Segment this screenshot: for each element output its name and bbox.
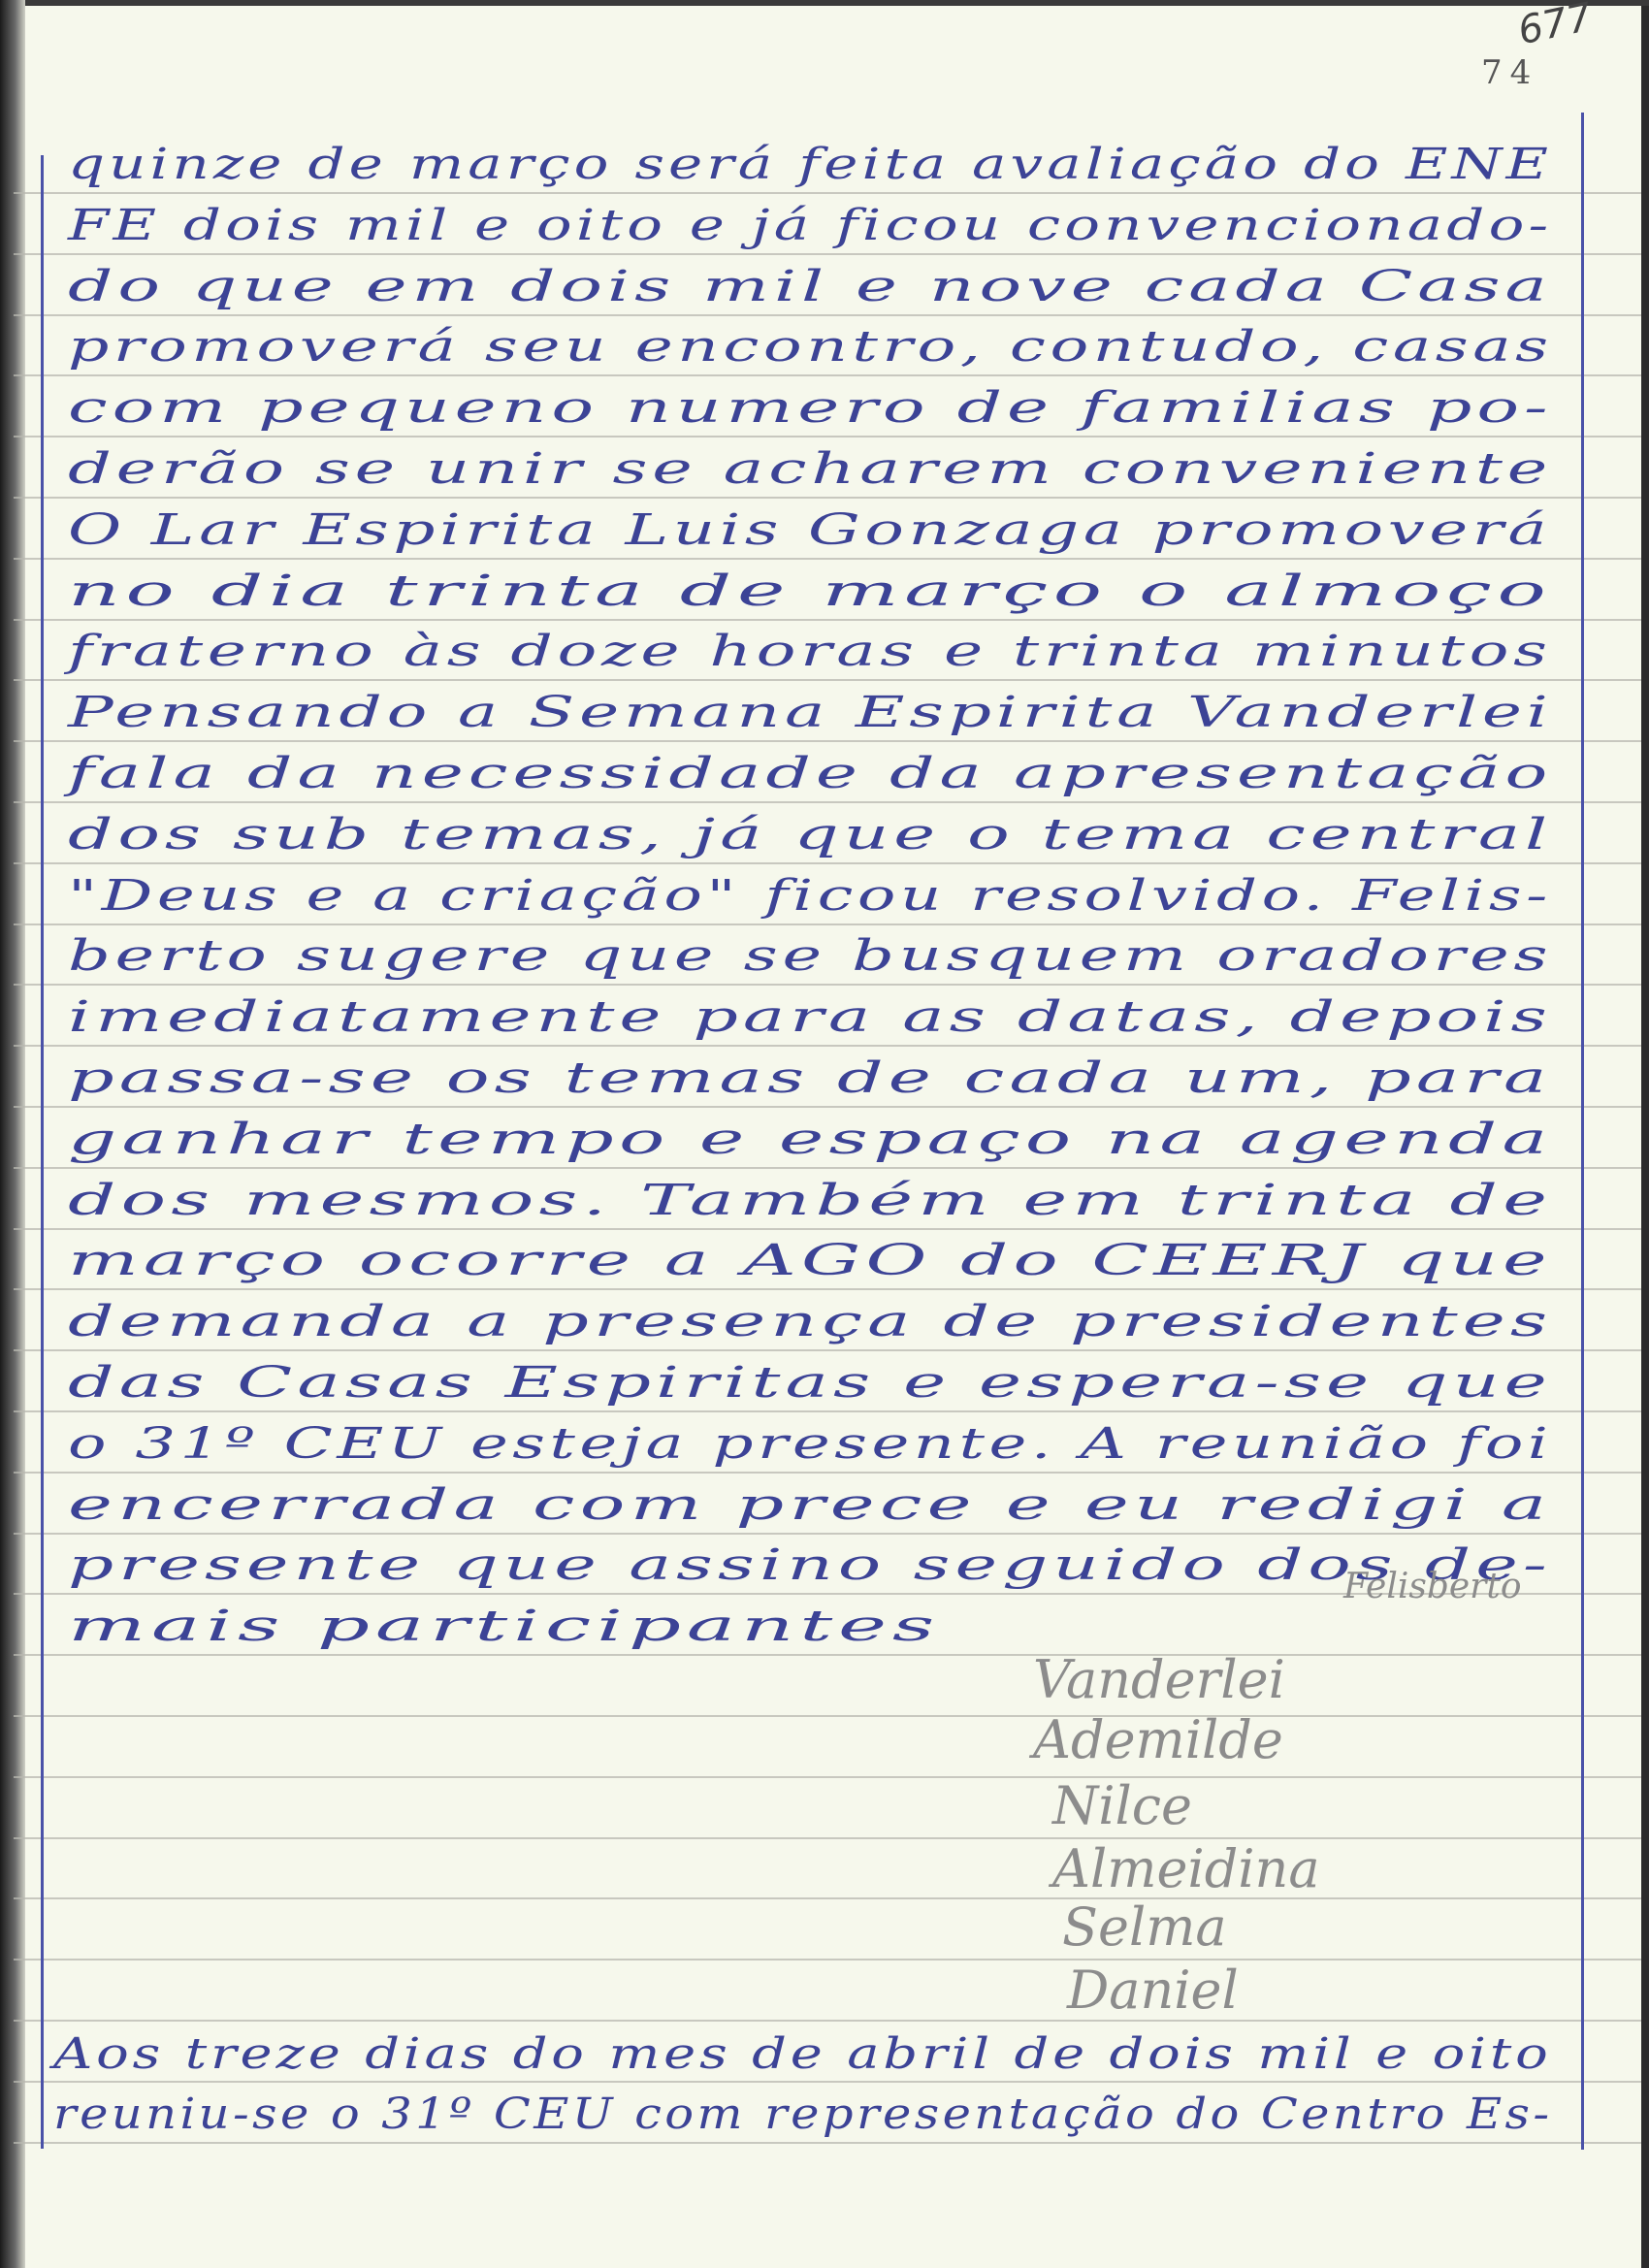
- signature: Daniel: [1067, 1960, 1239, 2021]
- minutes-line: presente que assino seguido dos de-: [68, 1540, 1552, 1590]
- ruled-line: [14, 862, 1641, 864]
- minutes-line: O Lar Espirita Luis Gonzaga promoverá: [68, 505, 1551, 555]
- ruled-line: [14, 1654, 1641, 1656]
- signature: Ademilde: [1033, 1709, 1283, 1770]
- minutes-line: derão se unir se acharem conveniente: [68, 444, 1552, 494]
- binding-shadow: [0, 0, 25, 2268]
- minutes-line: dos mesmos. Também em trinta de: [68, 1176, 1552, 1225]
- ruled-line: [14, 923, 1641, 925]
- ruled-line: [14, 558, 1641, 560]
- next-entry-line: Aos treze dias do mes de abril de dois m…: [53, 2029, 1552, 2079]
- ruled-line: [14, 1533, 1641, 1535]
- signature: Almeidina: [1052, 1838, 1320, 1899]
- ruled-line: [14, 374, 1641, 376]
- ruled-line: [14, 1776, 1641, 1778]
- minutes-line: com pequeno numero de familias po-: [68, 383, 1553, 433]
- signature: Selma: [1062, 1896, 1227, 1958]
- ruled-line: [14, 253, 1641, 255]
- ruled-line: [14, 619, 1641, 621]
- ruled-line: [14, 1228, 1641, 1230]
- ruled-line: [14, 2081, 1641, 2083]
- ruled-line: [14, 984, 1641, 986]
- ruled-line: [14, 679, 1641, 681]
- minutes-line: das Casas Espiritas e espera-se que: [68, 1358, 1552, 1408]
- next-entry-line: reuniu-se o 31º CEU com representação do…: [53, 2090, 1553, 2139]
- minutes-line: quinze de março será feita avaliação do …: [68, 140, 1552, 189]
- minutes-line: "Deus e a criação" ficou resolvido. Feli…: [68, 871, 1552, 921]
- minutes-line: promoverá seu encontro, contudo, casas: [68, 322, 1553, 372]
- ruled-line: [14, 497, 1641, 499]
- minutes-line: dos sub temas, já que o tema central: [68, 810, 1552, 859]
- ruled-line: [14, 1959, 1641, 1960]
- ruled-line: [14, 2020, 1641, 2022]
- signature: Nilce: [1052, 1775, 1192, 1836]
- ruled-line: [14, 1045, 1641, 1047]
- minutes-line: março ocorre a AGO do CEERJ que: [68, 1236, 1552, 1285]
- minutes-line: ganhar tempo e espaço na agenda: [68, 1115, 1553, 1164]
- signature: Felisberto: [1343, 1567, 1522, 1606]
- ruled-line: [14, 314, 1641, 316]
- minutes-line: fraterno às doze horas e trinta minutos: [68, 627, 1552, 676]
- minutes-line: FE dois mil e oito e já ficou convencion…: [68, 201, 1552, 250]
- minutes-line: Pensando a Semana Espirita Vanderlei: [68, 688, 1553, 737]
- page-number: 74: [1481, 53, 1538, 92]
- minutes-line: imediatamente para as datas, depois: [68, 992, 1552, 1042]
- ruled-line: [14, 1715, 1641, 1717]
- minutes-line: fala da necessidade da apresentação: [68, 749, 1552, 798]
- left-margin-line: [41, 155, 44, 2149]
- ruled-line: [14, 1472, 1641, 1474]
- ruled-line: [14, 1106, 1641, 1108]
- minutes-line: demanda a presença de presidentes: [68, 1297, 1552, 1346]
- minutes-line: encerrada com prece e eu redigi a: [68, 1480, 1551, 1530]
- ruled-line: [14, 801, 1641, 803]
- ruled-line: [14, 2142, 1641, 2144]
- ruled-line: [14, 1837, 1641, 1839]
- ruled-line: [14, 1349, 1641, 1351]
- right-margin-line: [1581, 113, 1584, 2150]
- signature: Vanderlei: [1033, 1649, 1285, 1710]
- ruled-line: [14, 1897, 1641, 1899]
- ruled-line: [14, 740, 1641, 742]
- minutes-line: o 31º CEU esteja presente. A reunião foi: [68, 1419, 1552, 1469]
- minutes-line: berto sugere que se busquem oradores: [68, 931, 1552, 981]
- minutes-line: do que em dois mil e nove cada Casa: [68, 262, 1552, 311]
- minutes-line: passa-se os temas de cada um, para: [68, 1053, 1552, 1103]
- ruled-line: [14, 436, 1641, 437]
- ruled-line: [14, 1167, 1641, 1169]
- ruled-line: [14, 1288, 1641, 1290]
- minutes-line: no dia trinta de março o almoço: [68, 567, 1551, 616]
- ruled-line: [14, 1410, 1641, 1412]
- ruled-line: [14, 192, 1641, 194]
- minutes-line: mais participantes: [68, 1602, 940, 1651]
